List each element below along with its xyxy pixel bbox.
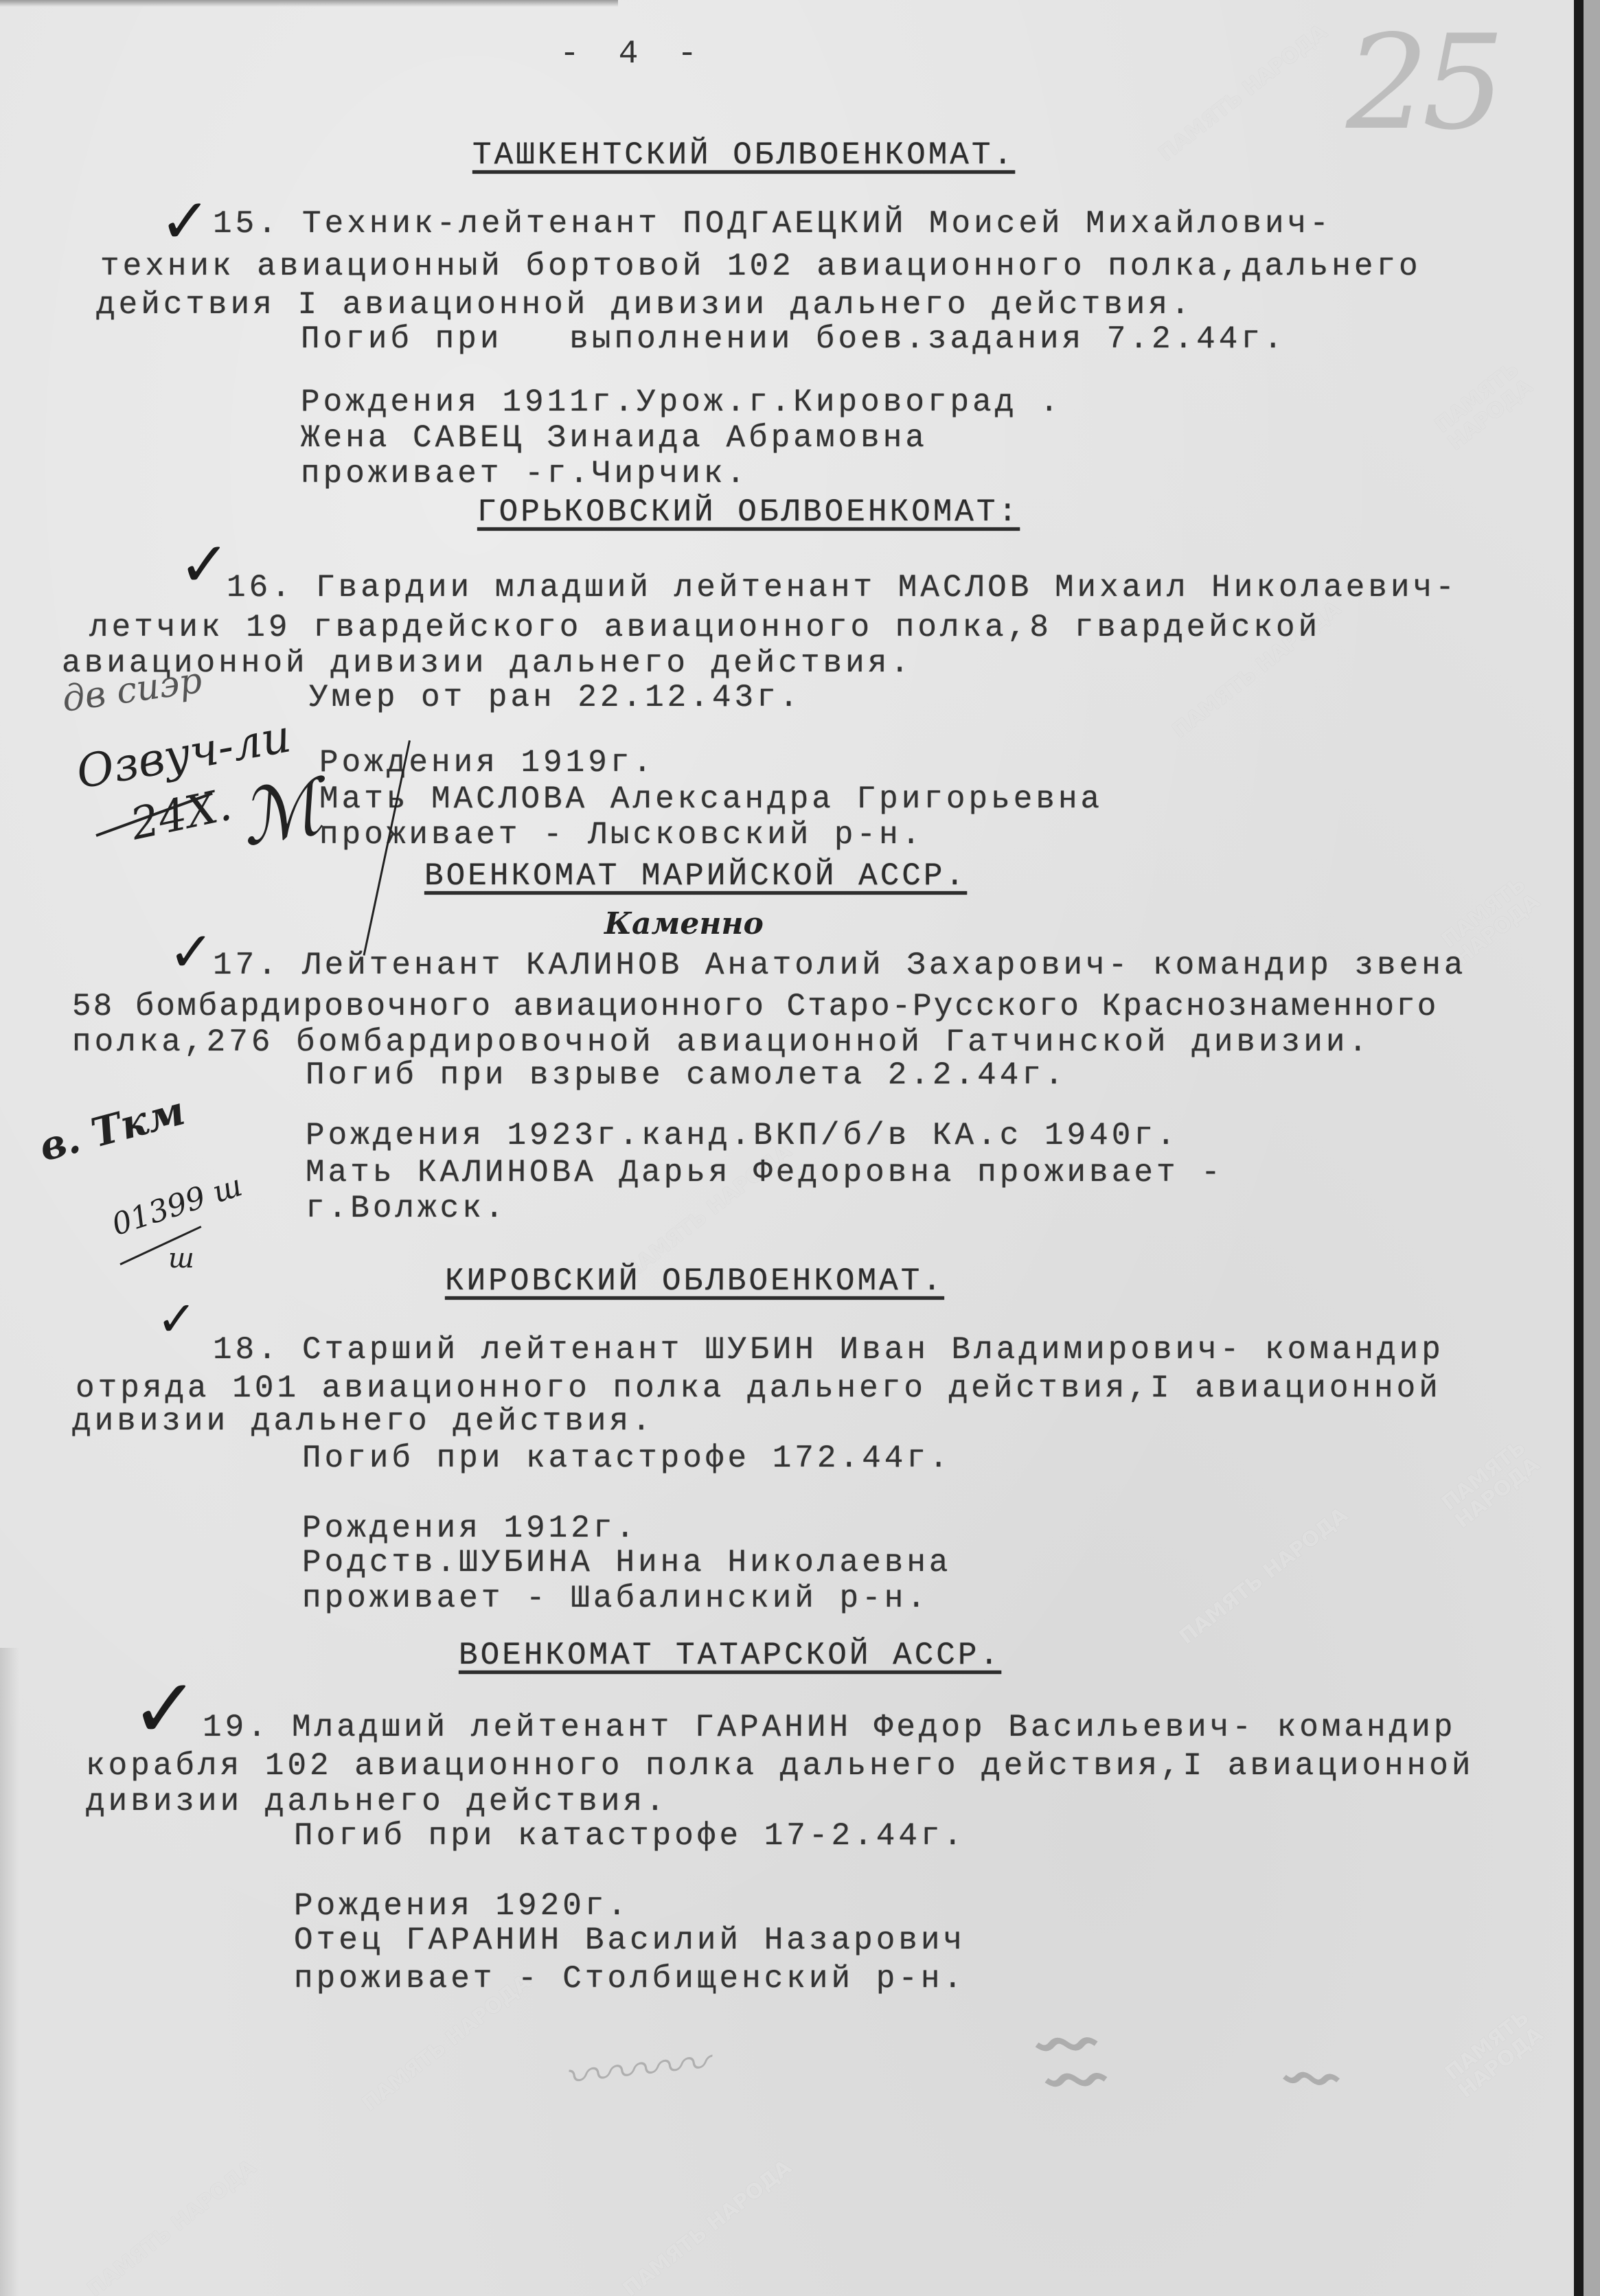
entry-detail: Рождения 1923г.канд.ВКП/б/в КА.с 1940г. <box>306 1118 1179 1153</box>
entry-line: Техник-лейтенант ПОДГАЕЦКИЙ Моисей Михай… <box>302 206 1332 242</box>
entry-line: летчик 19 гвардейского авиационного полк… <box>89 610 1321 645</box>
bleed-through-handwriting: ⌇ <box>1266 2049 1351 2096</box>
watermark: ПАМЯТЬ НАРОДА <box>1155 21 1332 165</box>
margin-note: 24Х. <box>126 779 236 850</box>
entry-line: корабля 102 авиационного полка дальнего … <box>86 1748 1474 1784</box>
watermark: ПАМЯТЬ НАРОДА <box>1412 1416 1570 1552</box>
entry-line: дивизии дальнего действия. <box>86 1784 668 1819</box>
entry-line: Погиб при выполнении боев.задания 7.2.44… <box>301 321 1286 357</box>
entry-detail: г.Волжск. <box>306 1191 507 1226</box>
checkmark-icon: ✓ <box>157 1291 197 1347</box>
entry-line: дивизии дальнего действия. <box>72 1403 654 1439</box>
margin-note: ш <box>168 1243 194 1274</box>
scan-shadow-left <box>0 1648 19 2296</box>
entry-number: 17. <box>213 948 280 983</box>
watermark: ПАМЯТЬ НАРОДА <box>1399 334 1568 479</box>
bleed-through-handwriting: 〰〰〰 <box>560 2025 710 2109</box>
entry-line: отряда 101 авиационного полка дальнего д… <box>76 1370 1441 1406</box>
entry-detail: Рождения 1912г. <box>302 1511 638 1546</box>
entry-line: действия I авиационной дивизии дальнего … <box>96 287 1193 323</box>
section-heading: ВОЕНКОМАТ ТАТАРСКОЙ АССР. <box>459 1638 1001 1673</box>
watermark: ПАМЯТЬ НАРОДА <box>619 2157 796 2296</box>
entry-detail: Отец ГАРАНИН Василий Назарович <box>294 1922 965 1958</box>
checkmark-icon: ✓ <box>130 1662 200 1757</box>
entry-number: 16. <box>227 570 294 606</box>
entry-number: 19. <box>203 1710 270 1745</box>
checkmark-icon: ✓ <box>168 920 214 984</box>
checkmark-icon: ✓ <box>159 185 211 257</box>
entry-detail: проживает - Столбищенский р-н. <box>294 1961 965 1997</box>
watermark: ПАМЯТЬ НАРОДА <box>84 2157 260 2296</box>
entry-detail: Родств.ШУБИНА Нина Николаевна <box>302 1545 952 1581</box>
section-heading: КИРОВСКИЙ ОБЛВОЕНКОМАТ. <box>445 1263 944 1299</box>
bleed-through-handwriting: ⌇⌇ <box>1015 2009 1119 2103</box>
handwritten-correction: Каменно <box>604 906 764 941</box>
margin-note: в. Ткм <box>34 1087 190 1171</box>
entry-detail: Рождения 1911г.Урож.г.Кировоград . <box>301 384 1062 420</box>
document-page: ПАМЯТЬ НАРОДА ПАМЯТЬ НАРОДА ПАМЯТЬ НАРОД… <box>0 0 1584 2296</box>
entry-detail: Рождения 1920г. <box>294 1888 630 1924</box>
section-heading: ГОРЬКОВСКИЙ ОБЛВОЕНКОМАТ: <box>477 494 1020 530</box>
signature: ℳ <box>233 763 328 863</box>
entry-detail: Рождения 1919г. <box>319 745 655 781</box>
folio-number: 25 <box>1346 7 1498 159</box>
entry-detail: проживает - Лысковский р-н. <box>319 817 924 853</box>
entry-number: 18. <box>213 1332 280 1368</box>
entry-line: Лейтенант КАЛИНОВ Анатолий Захарович- ко… <box>302 948 1466 983</box>
checkmark-icon: ✓ <box>179 529 230 601</box>
scan-shadow <box>0 0 618 7</box>
entry-line: Умер от ран 22.12.43г. <box>309 680 801 715</box>
watermark: ПАМЯТЬ НАРОДА <box>1418 1988 1570 2120</box>
entry-line: Гвардии младший лейтенант МАСЛОВ Михаил … <box>316 570 1458 606</box>
page-number: - 4 - <box>560 36 707 73</box>
entry-line: Погиб при катастрофе 172.44г. <box>302 1440 952 1476</box>
entry-detail: Мать КАЛИНОВА Дарья Федоровна проживает … <box>306 1155 1224 1191</box>
entry-number: 15. <box>213 206 280 242</box>
entry-detail: Мать МАСЛОВА Александра Григорьевна <box>319 781 1103 817</box>
entry-line: полка,276 бомбардировочной авиационной Г… <box>72 1024 1371 1060</box>
entry-line: Погиб при катастрофе 17-2.44г. <box>294 1818 965 1854</box>
entry-line: Старший лейтенант ШУБИН Иван Владимирови… <box>302 1332 1444 1368</box>
watermark: ПАМЯТЬ НАРОДА <box>1176 1504 1352 1649</box>
section-heading: ВОЕНКОМАТ МАРИЙСКОЙ АССР. <box>424 858 967 894</box>
entry-detail: проживает -г.Чирчик. <box>301 456 748 492</box>
entry-line: техник авиационный бортовой 102 авиацион… <box>100 249 1421 284</box>
entry-line: 58 бомбардировочного авиационного Старо-… <box>72 989 1438 1024</box>
entry-line: Погиб при взрыве самолета 2.2.44г. <box>306 1057 1067 1093</box>
entry-detail: проживает - Шабалинский р-н. <box>302 1581 929 1616</box>
section-heading: ТАШКЕНТСКИЙ ОБЛВОЕНКОМАТ. <box>472 137 1015 173</box>
margin-note: 01399 ш <box>108 1168 247 1243</box>
entry-detail: Жена САВЕЦ Зинаида Абрамовна <box>301 420 928 456</box>
entry-line: Младший лейтенант ГАРАНИН Федор Васильев… <box>292 1710 1456 1745</box>
